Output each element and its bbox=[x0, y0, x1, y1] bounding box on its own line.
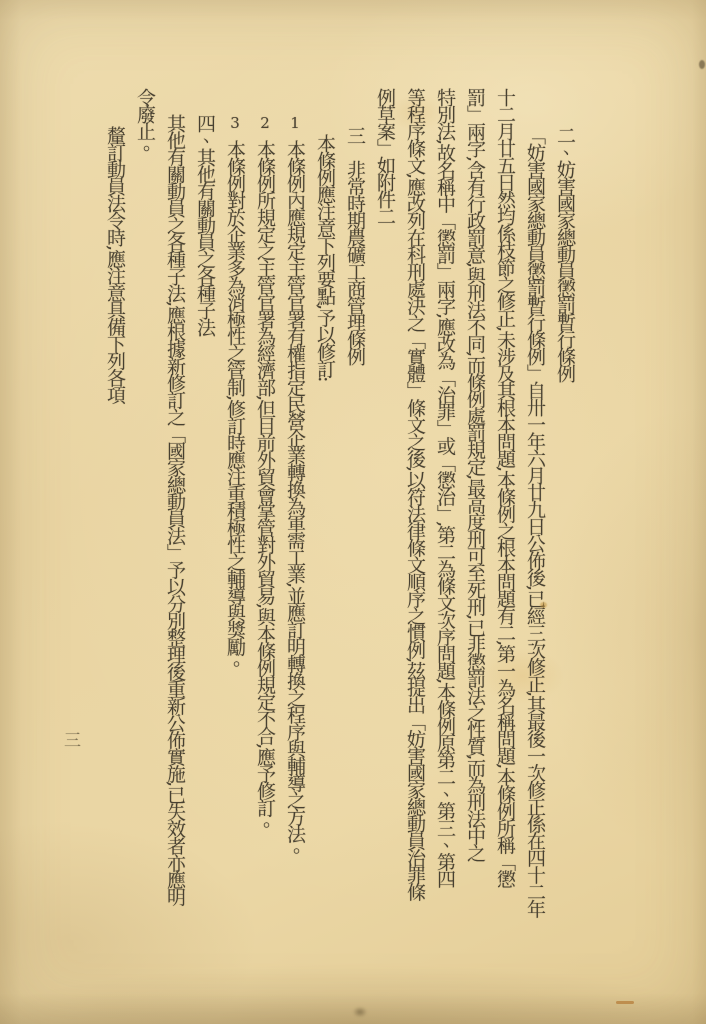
item-text: 本條例對於企業多為消極性之管制,修訂時應注重積極性之輔導與獎勵。 bbox=[224, 140, 246, 671]
numbered-item-1: 1本條例內應規定主管官署有權指定民營企業轉換為軍需工業,並應訂明轉換之程序與輔導… bbox=[280, 88, 310, 968]
text-column: 本條例應注意下列要點,予以修訂: bbox=[310, 88, 340, 968]
text-column: 等程序條文,應改列在科刑處決之「實體」條文之後,以符法律條文順序之慣例,茲提出「… bbox=[400, 88, 430, 968]
item-number: 2 bbox=[256, 114, 274, 140]
text-column: 釐訂動員法令時,應注意具備下列各項 bbox=[100, 88, 130, 968]
heading-section-2: 二、妨害國家總動員懲罰暫行條例 bbox=[550, 88, 580, 968]
text-column: 「妨害國家總動員懲罰暫行條例」自卅一年六月廿九日公佈後,已經三次修正,其最後一次… bbox=[520, 88, 550, 968]
scan-artifact-smudge bbox=[352, 1006, 368, 1018]
document-page: 二、妨害國家總動員懲罰暫行條例 「妨害國家總動員懲罰暫行條例」自卅一年六月廿九日… bbox=[0, 0, 706, 1024]
item-text: 本條例所規定之主管官署為經濟部,但目前外貿會掌管對外貿易,與本條例規定不合,應予… bbox=[254, 140, 276, 832]
text-column: 其他有關動員之各種子法,應根據新修訂之「國家總動員法」予以分別整理後重新公佈實施… bbox=[160, 88, 190, 968]
scan-artifact-stain-dot bbox=[540, 602, 547, 608]
scan-artifact-orange-dash bbox=[616, 1001, 634, 1004]
item-number: 1 bbox=[286, 114, 304, 140]
scan-artifact-speck bbox=[699, 60, 705, 69]
numbered-item-2: 2本條例所規定之主管官署為經濟部,但目前外貿會掌管對外貿易,與本條例規定不合,應… bbox=[250, 88, 280, 968]
text-column: 罰」兩字,含有行政罰意,與刑法不同,而條例處罰規定,最高度刑可至死刑,已非懲罰法… bbox=[460, 88, 490, 968]
item-text: 本條例內應規定主管官署有權指定民營企業轉換為軍需工業,並應訂明轉換之程序與輔導之… bbox=[284, 140, 306, 858]
text-column: 十二月廿五日然均係枝節之修正,未涉及其根本問題,本條例之根本問題有二,第一為名稱… bbox=[490, 88, 520, 968]
document-text-area: 二、妨害國家總動員懲罰暫行條例 「妨害國家總動員懲罰暫行條例」自卅一年六月廿九日… bbox=[100, 88, 580, 968]
item-number: 3 bbox=[226, 114, 244, 140]
page-number: 三 bbox=[58, 731, 83, 749]
heading-section-4: 四、其他有關動員之各種子法 bbox=[190, 88, 220, 968]
text-column: 特別法,故名稱中「懲罰」兩字,應改為「治罪」或「懲治」,第二為條文次序問題,本條… bbox=[430, 88, 460, 968]
heading-section-3: 三 非常時期農礦工商管理條例 bbox=[340, 88, 370, 968]
text-column: 令廢止。 bbox=[130, 88, 160, 968]
text-column: 例草案」如附件二 bbox=[370, 88, 400, 968]
numbered-item-3: 3本條例對於企業多為消極性之管制,修訂時應注重積極性之輔導與獎勵。 bbox=[220, 88, 250, 968]
